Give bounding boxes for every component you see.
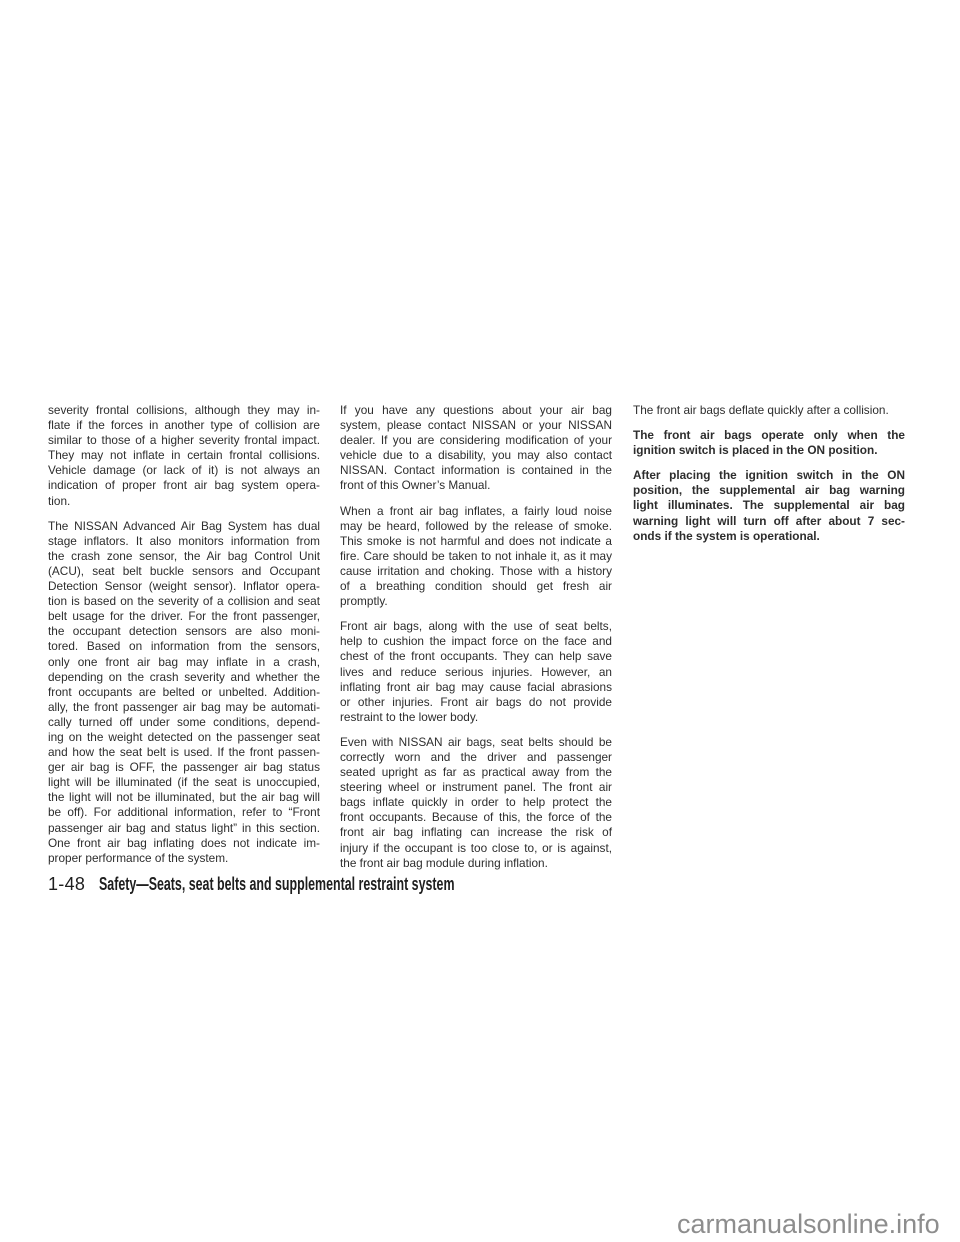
paragraph: The NISSAN Advanced Air Bag System has d… — [48, 519, 320, 866]
text-line: front occupants. Because of this, the fo… — [340, 810, 612, 825]
text-column-2: If you have any questions about your air… — [340, 403, 612, 881]
text-line: of a breathing condition should get fres… — [340, 579, 612, 594]
text-column-3: The front air bags deflate quickly after… — [633, 403, 905, 554]
text-line: After placing the ignition switch in the… — [633, 468, 905, 483]
text-line: Even with NISSAN air bags, seat belts sh… — [340, 735, 612, 750]
text-line: tored. Based on information from the sen… — [48, 639, 320, 654]
text-line: front of this Owner’s Manual. — [340, 478, 612, 493]
text-line: the occupant detection sensors are also … — [48, 624, 320, 639]
text-line: The front air bags deflate quickly after… — [633, 403, 905, 418]
text-line: or other injuries. Front air bags do not… — [340, 695, 612, 710]
text-line: dealer. If you are considering modificat… — [340, 433, 612, 448]
text-line: only one front air bag may inflate in a … — [48, 655, 320, 670]
text-line: belt usage for the driver. For the front… — [48, 609, 320, 624]
text-line: the light will not be illuminated, but t… — [48, 790, 320, 805]
text-line: front air bag inflating can increase the… — [340, 825, 612, 840]
manual-page: severity frontal collisions, although th… — [0, 0, 960, 1242]
text-line: One front air bag inflating does not ind… — [48, 836, 320, 851]
text-line: chest of the front occupants. They can h… — [340, 649, 612, 664]
text-line: ignition switch is placed in the ON posi… — [633, 443, 905, 458]
text-line: This smoke is not harmful and does not i… — [340, 534, 612, 549]
text-line: cally turned off under some conditions, … — [48, 715, 320, 730]
text-line: position, the supplemental air bag warni… — [633, 483, 905, 498]
text-line: system, please contact NISSAN or your NI… — [340, 418, 612, 433]
text-line: similar to those of a higher severity fr… — [48, 433, 320, 448]
text-line: the front air bag module during inflatio… — [340, 856, 612, 871]
text-line: help to cushion the impact force on the … — [340, 634, 612, 649]
text-column-1: severity frontal collisions, although th… — [48, 403, 320, 876]
paragraph: If you have any questions about your air… — [340, 403, 612, 494]
text-line: lives and reduce serious injuries. Howev… — [340, 665, 612, 680]
text-line: inflating front air bag may cause facial… — [340, 680, 612, 695]
text-line: They may not inflate in certain frontal … — [48, 448, 320, 463]
paragraph: Even with NISSAN air bags, seat belts sh… — [340, 735, 612, 871]
text-line: light illuminates. The supplemental air … — [633, 498, 905, 513]
text-line: tion is based on the severity of a colli… — [48, 594, 320, 609]
text-line: promptly. — [340, 594, 612, 609]
text-line: Detection Sensor (weight sensor). Inflat… — [48, 579, 320, 594]
text-line: flate if the forces in another type of c… — [48, 418, 320, 433]
text-line: correctly worn and the driver and passen… — [340, 750, 612, 765]
text-line: (ACU), seat belt buckle sensors and Occu… — [48, 564, 320, 579]
paragraph: The front air bags deflate quickly after… — [633, 403, 905, 418]
text-line: indication of proper front air bag syste… — [48, 478, 320, 493]
text-line: injury if the occupant is too close to, … — [340, 841, 612, 856]
text-line: proper performance of the system. — [48, 851, 320, 866]
text-line: fire. Care should be taken to not inhale… — [340, 549, 612, 564]
text-line: the crash zone sensor, the Air bag Contr… — [48, 549, 320, 564]
paragraph: After placing the ignition switch in the… — [633, 468, 905, 543]
text-line: depending on the crash severity and whet… — [48, 670, 320, 685]
text-line: warning light will turn off after about … — [633, 514, 905, 529]
text-line: ally, the front passenger air bag may be… — [48, 700, 320, 715]
paragraph: The front air bags operate only when the… — [633, 428, 905, 458]
text-line: restraint to the lower body. — [340, 710, 612, 725]
text-line: The NISSAN Advanced Air Bag System has d… — [48, 519, 320, 534]
text-line: vehicle due to a disability, you may als… — [340, 448, 612, 463]
page-number: 1-48 — [48, 874, 85, 894]
text-line: seated upright as far as practical away … — [340, 765, 612, 780]
text-line: light will be illuminated (if the seat i… — [48, 775, 320, 790]
paragraph: Front air bags, along with the use of se… — [340, 619, 612, 725]
text-line: front occupants are belted or unbelted. … — [48, 685, 320, 700]
text-line: cause irritation and choking. Those with… — [340, 564, 612, 579]
text-line: passenger air bag and status light” in t… — [48, 821, 320, 836]
text-line: may be heard, followed by the release of… — [340, 519, 612, 534]
text-line: ger air bag is OFF, the passenger air ba… — [48, 760, 320, 775]
text-line: ing on the weight detected on the passen… — [48, 730, 320, 745]
text-line: tion. — [48, 494, 320, 509]
text-line: Vehicle damage (or lack of it) is not al… — [48, 463, 320, 478]
paragraph: When a front air bag inflates, a fairly … — [340, 504, 612, 610]
paragraph: severity frontal collisions, although th… — [48, 403, 320, 509]
footer-section-title: Safety—Seats, seat belts and supplementa… — [99, 874, 454, 894]
text-line: steering wheel or instrument panel. The … — [340, 780, 612, 795]
text-line: If you have any questions about your air… — [340, 403, 612, 418]
page-footer: 1-48Safety—Seats, seat belts and supplem… — [48, 874, 614, 894]
text-line: When a front air bag inflates, a fairly … — [340, 504, 612, 519]
text-line: NISSAN. Contact information is contained… — [340, 463, 612, 478]
text-line: bags inflate quickly in order to help pr… — [340, 795, 612, 810]
text-line: stage inflators. It also monitors inform… — [48, 534, 320, 549]
watermark: carmanualsonline.info — [677, 1209, 940, 1240]
text-line: be off). For additional information, ref… — [48, 805, 320, 820]
text-line: onds if the system is operational. — [633, 529, 905, 544]
text-line: Front air bags, along with the use of se… — [340, 619, 612, 634]
text-line: and how the seat belt is used. If the fr… — [48, 745, 320, 760]
text-line: severity frontal collisions, although th… — [48, 403, 320, 418]
text-line: The front air bags operate only when the — [633, 428, 905, 443]
